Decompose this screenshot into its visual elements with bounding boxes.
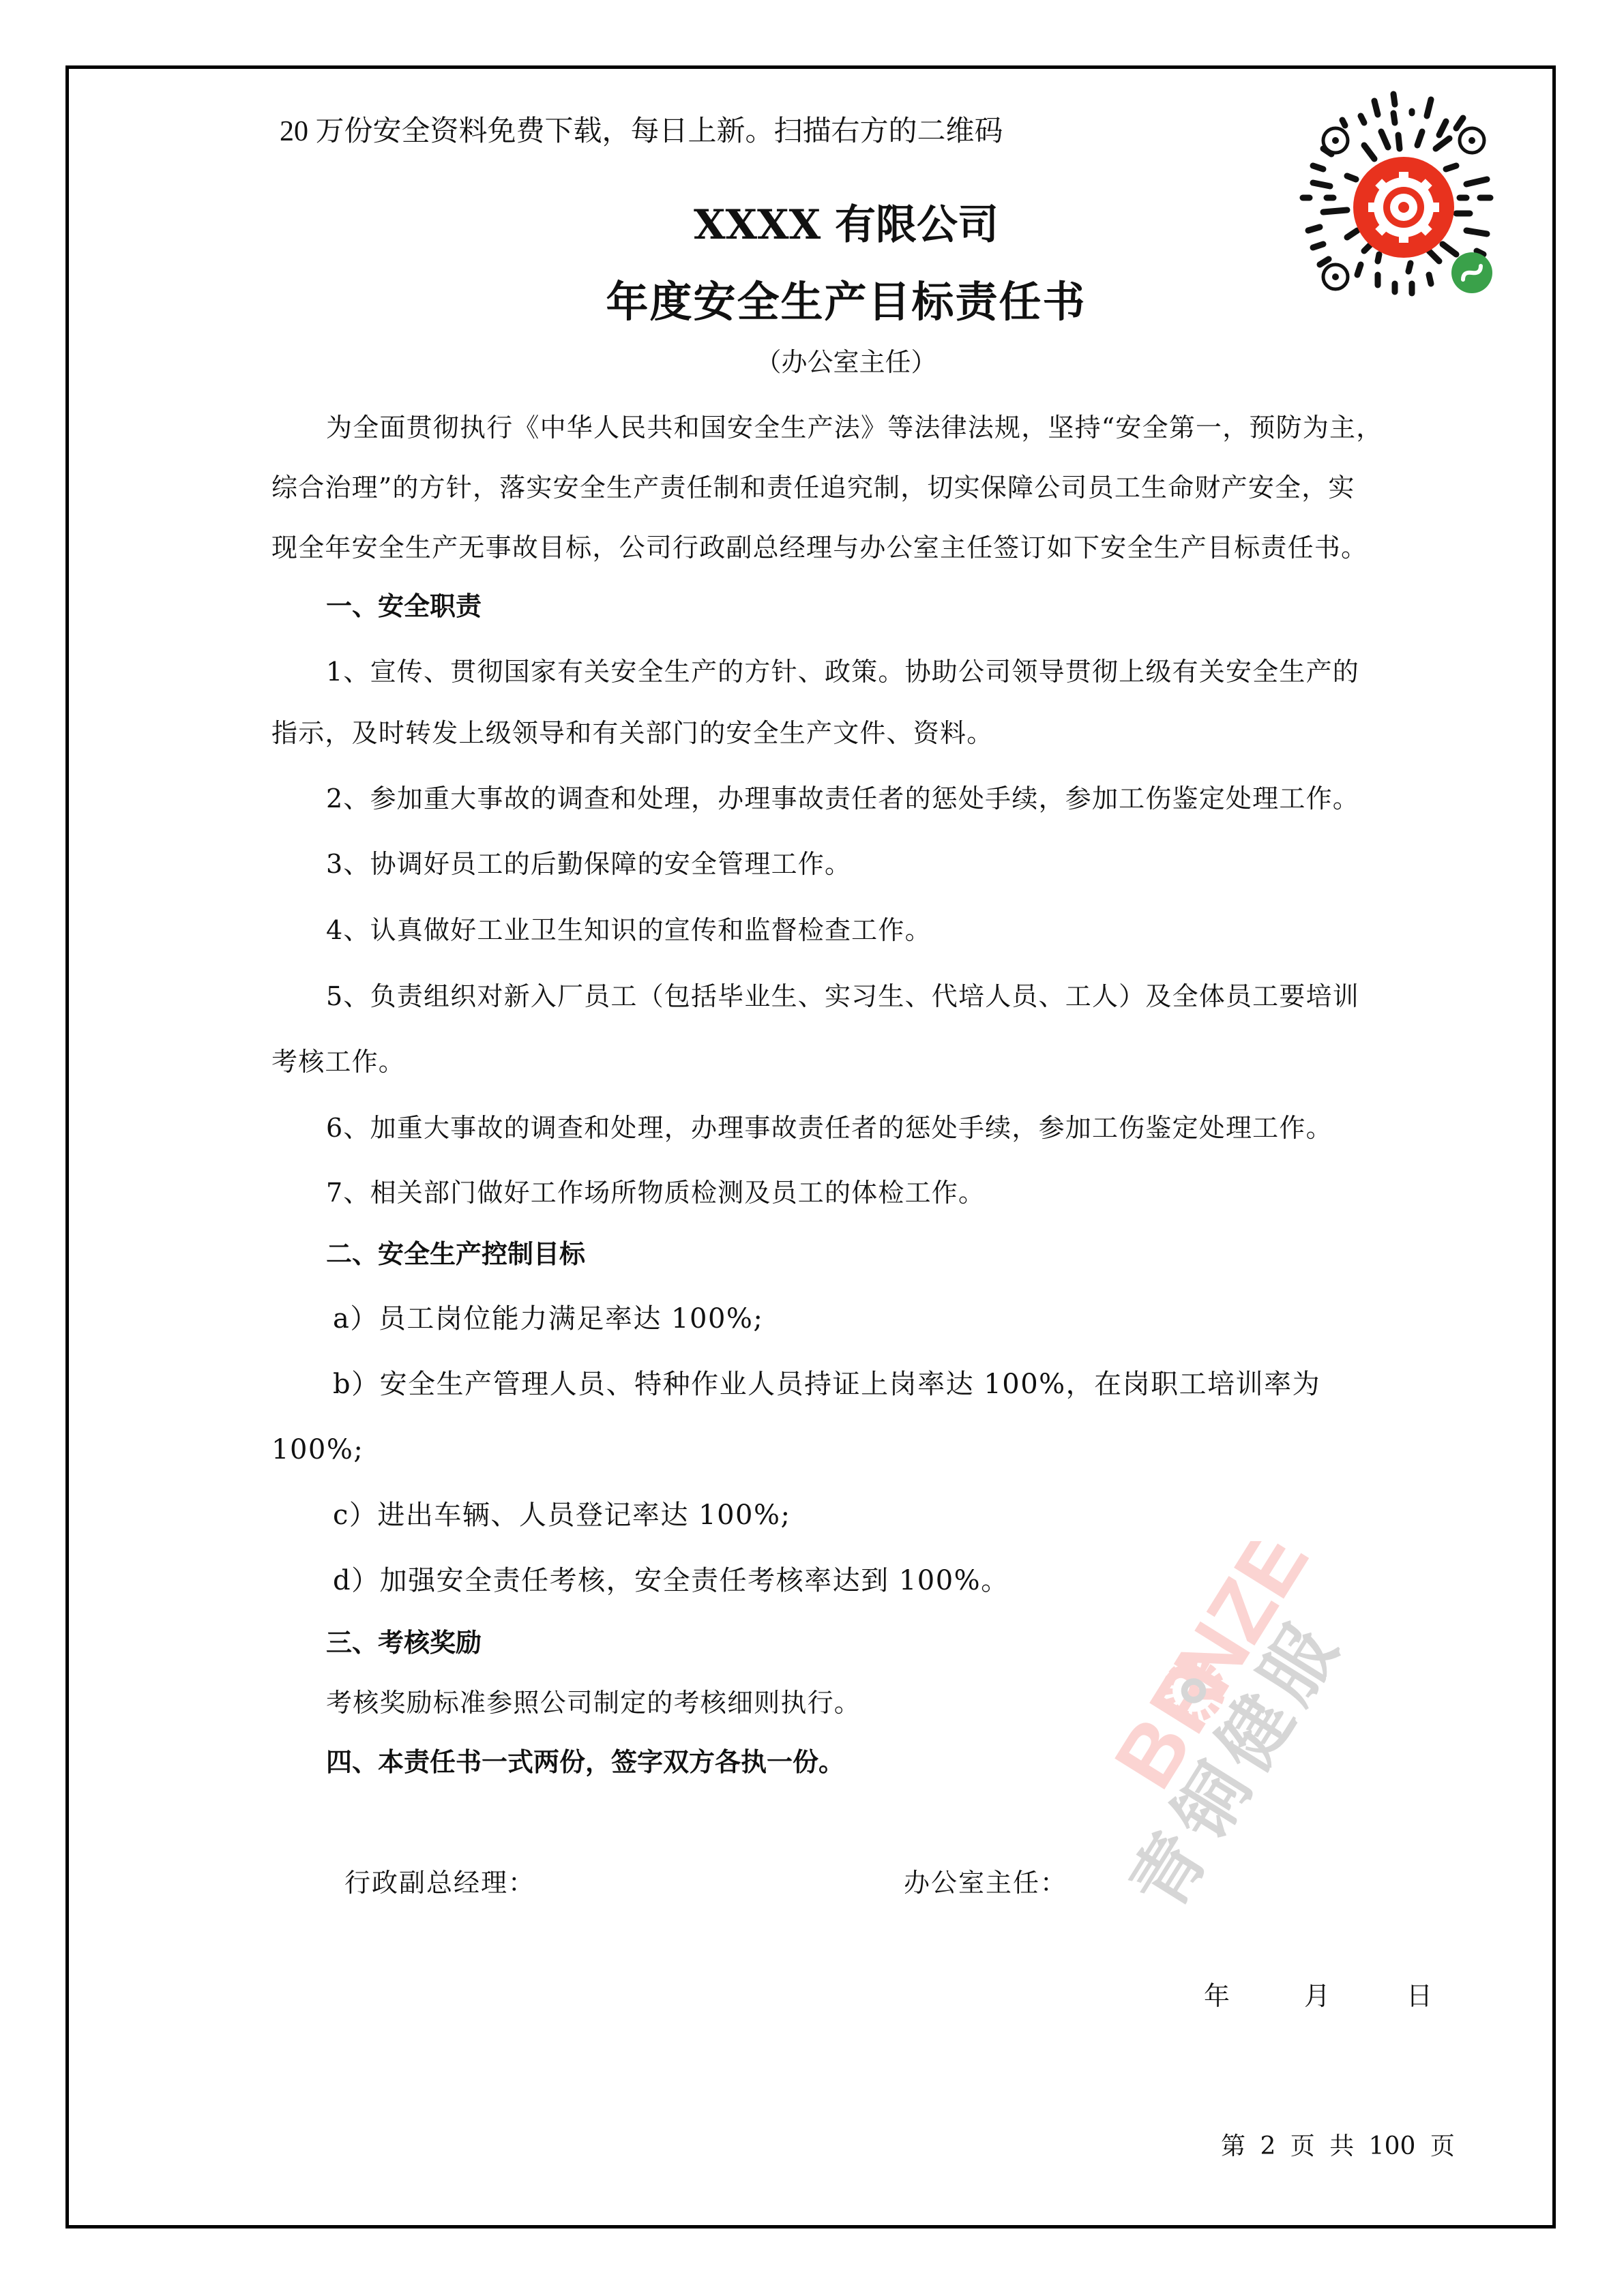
duty-item-5-line-1: 5、负责组织对新入厂员工（包括毕业生、实习生、代培人员、工人）及全体员工要培训	[326, 983, 1486, 1009]
duty-item-4: 4、认真做好工业卫生知识的宣传和监督检查工作。	[326, 917, 1486, 943]
goal-b-line-2: 100%;	[271, 1436, 364, 1463]
duty-item-1-line-1: 1、宣传、贯彻国家有关安全生产的方针、政策。协助公司领导贯彻上级有关安全生产的	[326, 659, 1486, 685]
bronze-watermark-icon: BR 青铜健服 NZE	[1037, 1541, 1378, 1950]
qr-code-icon[interactable]	[1282, 80, 1507, 305]
signature-label-office-director: 办公室主任：	[904, 1870, 1067, 1896]
date-month-label: 月	[1304, 1983, 1330, 2009]
signature-label-vice-gm: 行政副总经理：	[344, 1870, 535, 1896]
duty-item-2: 2、参加重大事故的调查和处理，办理事故责任者的惩处手续，参加工伤鉴定处理工作。	[326, 786, 1486, 811]
intro-line-3: 现全年安全生产无事故目标，公司行政副总经理与办公室主任签订如下安全生产目标责任书…	[271, 535, 1431, 561]
duty-item-1-line-2: 指示，及时转发上级领导和有关部门的安全生产文件、资料。	[271, 720, 1431, 746]
company-name: XXXX 有限公司	[0, 205, 1624, 245]
duty-item-6: 6、加重大事故的调查和处理，办理事故责任者的惩处手续，参加工伤鉴定处理工作。	[326, 1115, 1486, 1141]
section-4-heading: 四、本责任书一式两份，签字双方各执一份。	[326, 1749, 844, 1775]
intro-line-2: 综合治理”的方针，落实安全生产责任制和责任追究制，切实保障公司员工生命财产安全，…	[271, 475, 1431, 501]
section-3-heading: 三、考核奖励	[326, 1630, 482, 1656]
date-day-label: 日	[1406, 1983, 1432, 2009]
duty-item-5-line-2: 考核工作。	[271, 1049, 1431, 1075]
goal-d: d）加强安全责任考核，安全责任考核率达到 100%。	[333, 1567, 1009, 1594]
section-2-heading: 二、安全生产控制目标	[326, 1241, 585, 1267]
date-year-label: 年	[1204, 1983, 1230, 2009]
intro-line-1: 为全面贯彻执行《中华人民共和国安全生产法》等法律法规，坚持“安全第一，预防为主，	[326, 415, 1430, 441]
section-1-heading: 一、安全职责	[326, 593, 482, 619]
duty-item-3: 3、协调好员工的后勤保障的安全管理工作。	[326, 851, 1486, 877]
promo-banner: 20 万份安全资料免费下载，每日上新。扫描右方的二维码	[280, 117, 1003, 146]
goal-a: a）员工岗位能力满足率达 100%;	[333, 1305, 763, 1332]
duty-item-7: 7、相关部门做好工作场所物质检测及员工的体检工作。	[326, 1180, 1486, 1206]
page-number: 第 2 页 共 100 页	[1221, 2134, 1455, 2159]
goal-c: c）进出车辆、人员登记率达 100%;	[333, 1502, 791, 1529]
document-subtitle: （办公室主任）	[0, 349, 1624, 375]
document-title: 年度安全生产目标责任书	[0, 281, 1624, 323]
goal-b-line-1: b）安全生产管理人员、特种作业人员持证上岗率达 100%，在岗职工培训率为	[333, 1371, 1320, 1398]
